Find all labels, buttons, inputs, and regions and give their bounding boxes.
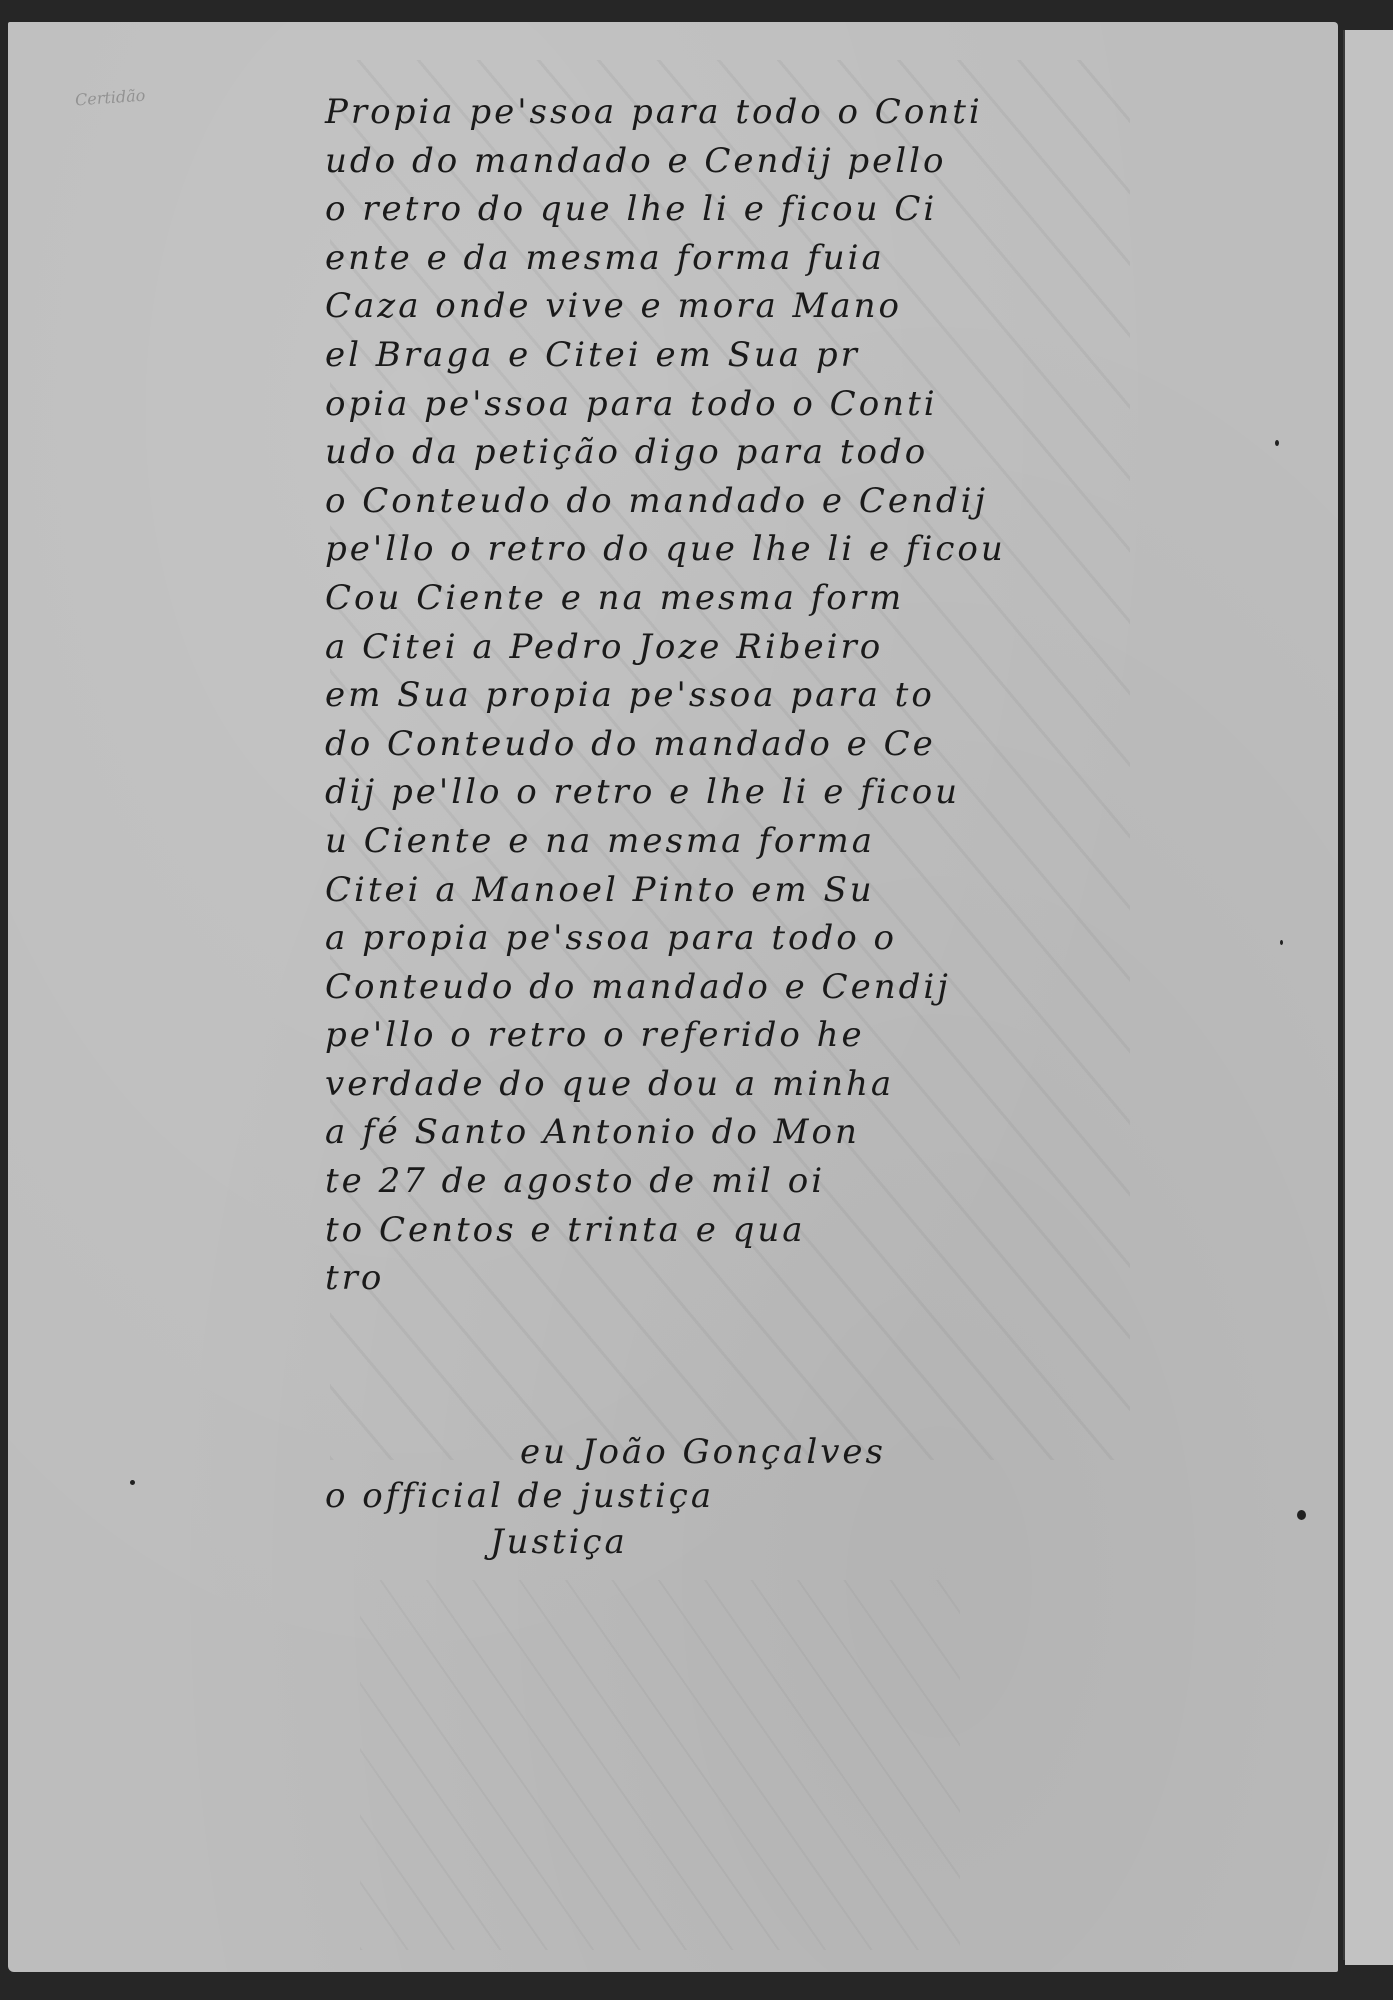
- text-line: Caza onde vive e mora Mano: [325, 282, 1065, 331]
- adjacent-page-edge: [1345, 30, 1393, 1965]
- signature-name: eu João Gonçalves: [520, 1432, 886, 1472]
- text-line: do Conteudo do mandado e Ce: [325, 720, 1065, 769]
- text-line: ente e da mesma forma fuia: [325, 234, 1065, 283]
- ink-bleed-through-lower: [360, 1580, 960, 1950]
- text-line: to Centos e trinta e qua: [325, 1206, 1065, 1255]
- manuscript-text: Propia pe'ssoa para todo o Conti udo do …: [325, 88, 1065, 1303]
- signature-title-cont: Justiça: [490, 1522, 628, 1562]
- text-line: tro: [325, 1254, 1065, 1303]
- text-line: Citei a Manoel Pinto em Su: [325, 866, 1065, 915]
- ink-speck: [1275, 440, 1279, 446]
- text-line: o Conteudo do mandado e Cendij: [325, 477, 1065, 526]
- text-line: Propia pe'ssoa para todo o Conti: [325, 88, 1065, 137]
- ink-speck: [1280, 940, 1283, 945]
- text-line: verdade do que dou a minha: [325, 1060, 1065, 1109]
- text-line: em Sua propia pe'ssoa para to: [325, 671, 1065, 720]
- text-line: a Citei a Pedro Joze Ribeiro: [325, 623, 1065, 672]
- signature-title: o official de justiça: [325, 1476, 714, 1516]
- text-line: o retro do que lhe li e ficou Ci: [325, 185, 1065, 234]
- text-line: dij pe'llo o retro e lhe li e ficou: [325, 768, 1065, 817]
- text-line: a propia pe'ssoa para todo o: [325, 914, 1065, 963]
- text-line: Conteudo do mandado e Cendij: [325, 963, 1065, 1012]
- text-line: el Braga e Citei em Sua pr: [325, 331, 1065, 380]
- text-line: udo do mandado e Cendij pello: [325, 137, 1065, 186]
- text-line: udo da petição digo para todo: [325, 428, 1065, 477]
- text-line: opia pe'ssoa para todo o Conti: [325, 380, 1065, 429]
- ink-speck: [1297, 1510, 1306, 1520]
- text-line: pe'llo o retro do que lhe li e ficou: [325, 525, 1065, 574]
- text-line: Cou Ciente e na mesma form: [325, 574, 1065, 623]
- text-line: a fé Santo Antonio do Mon: [325, 1108, 1065, 1157]
- ink-speck: [130, 1480, 135, 1485]
- text-line: pe'llo o retro o referido he: [325, 1011, 1065, 1060]
- text-line: te 27 de agosto de mil oi: [325, 1157, 1065, 1206]
- text-line: u Ciente e na mesma forma: [325, 817, 1065, 866]
